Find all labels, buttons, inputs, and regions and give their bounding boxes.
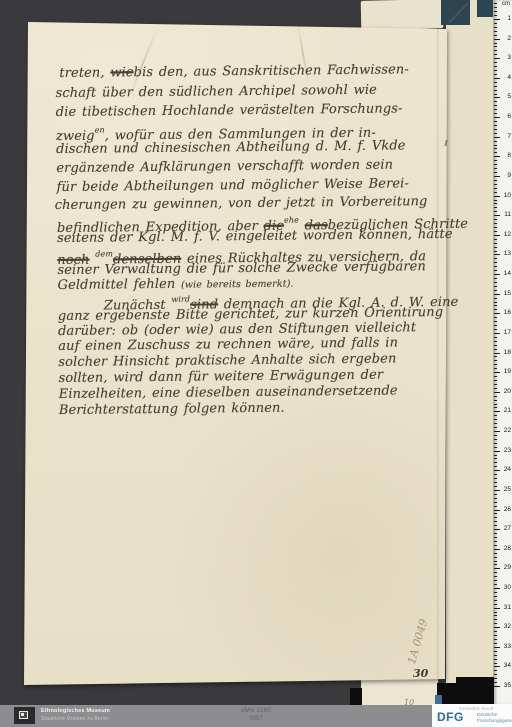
ruler-tick-minor xyxy=(494,462,497,463)
ruler-tick-minor xyxy=(494,639,497,640)
dfg-name-line2: Forschungsgemeinschaft xyxy=(477,719,512,725)
ruler-tick-minor xyxy=(494,553,497,554)
ruler-tick-minor xyxy=(494,129,497,130)
ruler-tick-minor xyxy=(494,506,497,507)
ruler-tick-cm xyxy=(494,117,500,118)
ruler-tick-minor xyxy=(494,82,497,83)
ruler-tick-minor xyxy=(494,101,497,102)
ruler-tick-minor xyxy=(494,615,497,616)
manuscript-line: die tibetischen Hochlande verästelten Fo… xyxy=(56,101,403,120)
manuscript-text: treten, wiebis den, aus Sanskritischen F… xyxy=(55,0,444,462)
ruler-tick-minor xyxy=(494,145,497,146)
ruler-tick-cm xyxy=(494,510,500,511)
ruler-tick-cm xyxy=(494,353,500,354)
ruler-tick-label: 4 xyxy=(507,75,511,81)
ruler-tick-minor xyxy=(494,35,497,36)
ruler-tick-cm xyxy=(494,588,500,589)
ruler-tick-minor xyxy=(494,27,497,28)
ruler-tick-label: 22 xyxy=(504,428,511,434)
struck-word: wie xyxy=(110,65,133,80)
ruler-tick-cm xyxy=(494,627,500,628)
ruler-tick-minor xyxy=(494,537,497,538)
dfg-logo: Gefördert durch DFG Deutsche Forschungsg… xyxy=(432,704,512,727)
inserted-word: ehe xyxy=(284,215,299,224)
ruler-tick-cm xyxy=(494,254,500,255)
ruler-tick-label: 11 xyxy=(504,212,511,218)
museum-logo-icon xyxy=(19,711,28,719)
ruler-tick-minor xyxy=(494,172,497,173)
ruler-tick-minor xyxy=(494,435,497,436)
ruler-tick-minor xyxy=(494,270,497,271)
ruler-tick-label: 15 xyxy=(504,291,511,297)
ruler-tick-minor xyxy=(494,262,497,263)
ruler-tick-minor xyxy=(494,203,497,204)
ruler-tick-minor xyxy=(494,415,497,416)
manuscript-segment: die tibetischen Hochlande verästelten Fo… xyxy=(56,101,403,120)
ruler-tick-minor xyxy=(494,580,497,581)
book-cover-fragment xyxy=(477,0,493,17)
ruler-tick-minor xyxy=(494,3,497,4)
dfg-acronym: DFG xyxy=(437,711,464,723)
ruler-tick-minor xyxy=(494,455,497,456)
ruler-tick-minor xyxy=(494,419,497,420)
ruler-tick-minor xyxy=(494,502,497,503)
ruler-tick-minor xyxy=(494,592,497,593)
manuscript-line: ergänzende Aufklärungen verschafft worde… xyxy=(56,157,393,176)
ruler-tick-minor xyxy=(494,113,497,114)
ruler-tick-minor xyxy=(494,141,497,142)
ruler-tick-cm xyxy=(494,431,500,432)
ruler-tick-minor xyxy=(494,125,497,126)
ruler-tick-minor xyxy=(494,458,497,459)
ruler-tick-minor xyxy=(494,404,497,405)
ruler-tick-minor xyxy=(494,70,497,71)
ruler-tick-minor xyxy=(494,302,497,303)
ruler-tick-minor xyxy=(494,321,497,322)
ruler-tick-minor xyxy=(494,604,497,605)
ruler-tick-minor xyxy=(494,572,497,573)
ruler-tick-minor xyxy=(494,376,497,377)
ruler-tick-minor xyxy=(494,223,497,224)
ruler-tick-label: 5 xyxy=(507,94,511,100)
ruler-tick-minor xyxy=(494,239,497,240)
ruler-tick-minor xyxy=(494,286,497,287)
ruler-tick-cm xyxy=(494,19,500,20)
ruler-tick-cm xyxy=(494,156,500,157)
ruler-unit-label: cm xyxy=(502,1,510,7)
ruler-tick-cm xyxy=(494,196,500,197)
ruler-tick-cm xyxy=(494,215,500,216)
ruler-tick-label: 26 xyxy=(504,507,511,513)
manuscript-segment: schaft über den südlichen Archipel sowoh… xyxy=(55,83,376,101)
ruler-tick-minor xyxy=(494,380,497,381)
manuscript-line: dischen und chinesischen Abtheilung d. M… xyxy=(56,138,406,157)
ruler-tick-minor xyxy=(494,278,497,279)
ruler-tick-minor xyxy=(494,678,497,679)
ruler-tick-minor xyxy=(494,564,497,565)
ruler-tick-minor xyxy=(494,533,497,534)
ruler-tick-minor xyxy=(494,219,497,220)
ruler-tick-cm xyxy=(494,549,500,550)
ruler-tick-label: 34 xyxy=(504,663,511,669)
ruler-tick-minor xyxy=(494,152,497,153)
ruler-tick-minor xyxy=(494,635,497,636)
blue-paper-speck xyxy=(435,695,442,704)
ruler-tick-cm xyxy=(494,392,500,393)
ruler-tick-minor xyxy=(494,541,497,542)
underlying-sheet-tab-bottom xyxy=(361,678,438,708)
ruler-tick-minor xyxy=(494,109,497,110)
manuscript-segment: (wie bereits bemerkt). xyxy=(181,279,294,291)
ruler-tick-cm xyxy=(494,568,500,569)
ruler-tick-label: 24 xyxy=(504,467,511,473)
manuscript-segment: cherungen zu gewinnen, von der jetzt in … xyxy=(55,194,428,213)
manuscript-segment: Einzelheiten, eine dieselben auseinander… xyxy=(59,383,398,402)
ruler-tick-label: 13 xyxy=(504,251,511,257)
ruler-tick-minor xyxy=(494,43,497,44)
ruler-tick-minor xyxy=(494,513,497,514)
dfg-funded-by-label: Gefördert durch xyxy=(459,706,494,711)
museum-logo xyxy=(14,707,35,724)
ruler-tick-minor xyxy=(494,15,497,16)
ruler-tick-minor xyxy=(494,160,497,161)
ruler-tick-minor xyxy=(494,427,497,428)
inserted-word: dem xyxy=(95,249,113,258)
ruler-tick-label: 23 xyxy=(504,448,511,454)
ruler-tick-minor xyxy=(494,23,497,24)
ruler-tick-minor xyxy=(494,545,497,546)
ruler-tick-label: 30 xyxy=(504,585,511,591)
ruler-tick-label: 21 xyxy=(504,408,511,414)
ruler-tick-label: 16 xyxy=(504,310,511,316)
ruler-tick-minor xyxy=(494,337,497,338)
museum-subtitle: Staatliche Museen zu Berlin xyxy=(41,716,108,722)
ruler-tick-label: 25 xyxy=(504,487,511,493)
ruler-tick-cm xyxy=(494,176,500,177)
ruler-tick-minor xyxy=(494,31,497,32)
ruler-tick-minor xyxy=(494,290,497,291)
manuscript-segment: für beide Abtheilungen und möglicher Wei… xyxy=(56,176,409,195)
ruler-tick-label: 6 xyxy=(507,114,511,120)
manuscript-segment: Geldmittel fehlen xyxy=(57,277,181,293)
ruler-tick-cm xyxy=(494,451,500,452)
ruler-tick-minor xyxy=(494,168,497,169)
ruler-tick-minor xyxy=(494,670,497,671)
ruler-tick-minor xyxy=(494,478,497,479)
ruler-tick-minor xyxy=(494,349,497,350)
ruler-tick-minor xyxy=(494,576,497,577)
scan-number: 0057 xyxy=(196,715,316,723)
ruler-tick-minor xyxy=(494,674,497,675)
ruler-tick-cm xyxy=(494,411,500,412)
ruler-tick-minor xyxy=(494,498,497,499)
ruler-tick-minor xyxy=(494,356,497,357)
ruler-tick-minor xyxy=(494,631,497,632)
ruler-tick-cm xyxy=(494,274,500,275)
ruler-tick-minor xyxy=(494,207,497,208)
ruler-tick-label: 1 xyxy=(507,16,511,22)
manuscript-segment: Berichterstattung folgen können. xyxy=(59,401,285,418)
ruler-tick-minor xyxy=(494,396,497,397)
ruler-tick-cm xyxy=(494,97,500,98)
ruler-tick-cm xyxy=(494,235,500,236)
ruler-tick-minor xyxy=(494,309,497,310)
ruler-tick-minor xyxy=(494,66,497,67)
ruler-tick-cm xyxy=(494,294,500,295)
ruler-tick-cm xyxy=(494,470,500,471)
ruler-tick-minor xyxy=(494,486,497,487)
ruler-tick-minor xyxy=(494,655,497,656)
shadow-gap xyxy=(437,683,494,706)
ruler-tick-minor xyxy=(494,659,497,660)
ruler-tick-minor xyxy=(494,74,497,75)
ruler-tick-minor xyxy=(494,663,497,664)
ruler-tick-label: 10 xyxy=(504,193,511,199)
scan-viewport: treten, wiebis den, aus Sanskritischen F… xyxy=(0,0,512,727)
ruler-tick-cm xyxy=(494,529,500,530)
ruler-tick-minor xyxy=(494,517,497,518)
manuscript-line: treten, wiebis den, aus Sanskritischen F… xyxy=(59,62,409,81)
ruler-tick-label: 14 xyxy=(504,271,511,277)
ruler-tick-cm xyxy=(494,686,500,687)
ruler-tick-cm xyxy=(494,608,500,609)
manuscript-segment: ergänzende Aufklärungen verschafft worde… xyxy=(56,157,393,176)
ruler-tick-minor xyxy=(494,211,497,212)
dfg-full-name: Deutsche Forschungsgemeinschaft xyxy=(477,713,512,724)
ruler-tick-cm xyxy=(494,647,500,648)
ruler-tick-minor xyxy=(494,105,497,106)
ruler-tick-minor xyxy=(494,266,497,267)
ruler-tick-cm xyxy=(494,333,500,334)
ruler-tick-minor xyxy=(494,619,497,620)
ruler-tick-label: 33 xyxy=(504,644,511,650)
ruler-tick-label: 17 xyxy=(504,330,511,336)
ruler-tick-minor xyxy=(494,54,497,55)
ruler-tick-minor xyxy=(494,557,497,558)
ruler-tick-label: 18 xyxy=(504,350,511,356)
ruler-tick-minor xyxy=(494,50,497,51)
ruler-tick-minor xyxy=(494,345,497,346)
archive-signature: I/MV 1260 xyxy=(196,707,316,715)
ruler-tick-minor xyxy=(494,521,497,522)
ruler-tick-label: 12 xyxy=(504,232,511,238)
handwritten-page-number: 30 xyxy=(413,667,428,680)
archive-reference: I/MV 1260 0057 xyxy=(196,707,316,723)
ruler-tick-label: 29 xyxy=(504,565,511,571)
ruler-tick-minor xyxy=(494,7,497,8)
ruler-tick-cm xyxy=(494,39,500,40)
ruler-tick-label: 9 xyxy=(507,173,511,179)
ruler-tick-minor xyxy=(494,133,497,134)
ruler-tick-minor xyxy=(494,384,497,385)
ruler-tick-minor xyxy=(494,400,497,401)
ruler-tick-minor xyxy=(494,121,497,122)
measuring-ruler: cm 1234567891011121314151617181920212223… xyxy=(494,0,512,705)
ruler-tick-label: 27 xyxy=(504,526,511,532)
manuscript-segment: treten, xyxy=(59,65,110,81)
ruler-tick-minor xyxy=(494,368,497,369)
ruler-tick-cm xyxy=(494,666,500,667)
ruler-tick-minor xyxy=(494,227,497,228)
ruler-tick-minor xyxy=(494,231,497,232)
ruler-tick-minor xyxy=(494,388,497,389)
ruler-tick-label: 3 xyxy=(507,55,511,61)
manuscript-line: cherungen zu gewinnen, von der jetzt in … xyxy=(55,194,428,213)
ruler-tick-minor xyxy=(494,443,497,444)
ruler-tick-minor xyxy=(494,584,497,585)
ruler-tick-minor xyxy=(494,251,497,252)
ruler-tick-minor xyxy=(494,439,497,440)
ruler-tick-minor xyxy=(494,282,497,283)
ruler-tick-minor xyxy=(494,94,497,95)
ruler-tick-label: 32 xyxy=(504,624,511,630)
manuscript-line: für beide Abtheilungen und möglicher Wei… xyxy=(56,176,409,195)
manuscript-line: schaft über den südlichen Archipel sowoh… xyxy=(55,83,376,101)
ruler-tick-minor xyxy=(494,466,497,467)
ruler-tick-label: 20 xyxy=(504,389,511,395)
inserted-word: wird xyxy=(171,295,190,304)
ruler-tick-minor xyxy=(494,243,497,244)
ruler-tick-minor xyxy=(494,180,497,181)
manuscript-line: Einzelheiten, eine dieselben auseinander… xyxy=(59,383,398,402)
ruler-tick-minor xyxy=(494,305,497,306)
manuscript-segment: dischen und chinesischen Abtheilung d. M… xyxy=(56,138,406,157)
ruler-tick-minor xyxy=(494,494,497,495)
ruler-tick-minor xyxy=(494,447,497,448)
ruler-tick-minor xyxy=(494,62,497,63)
ruler-tick-label: 7 xyxy=(507,134,511,140)
ruler-tick-label: 2 xyxy=(507,36,511,42)
ruler-tick-minor xyxy=(494,600,497,601)
ruler-tick-minor xyxy=(494,423,497,424)
ruler-tick-minor xyxy=(494,612,497,613)
ruler-tick-minor xyxy=(494,596,497,597)
ruler-tick-minor xyxy=(494,188,497,189)
ruler-tick-cm xyxy=(494,490,500,491)
ruler-tick-cm xyxy=(494,78,500,79)
ruler-tick-label: 31 xyxy=(504,605,511,611)
ruler-tick-label: 8 xyxy=(507,153,511,159)
ruler-tick-minor xyxy=(494,561,497,562)
ruler-tick-minor xyxy=(494,298,497,299)
ruler-tick-minor xyxy=(494,474,497,475)
ruler-tick-minor xyxy=(494,325,497,326)
shadow-gap xyxy=(350,688,362,706)
ruler-tick-minor xyxy=(494,482,497,483)
ruler-tick-minor xyxy=(494,148,497,149)
ruler-tick-minor xyxy=(494,623,497,624)
museum-name: Ethnologisches Museum xyxy=(41,708,110,714)
ruler-tick-minor xyxy=(494,525,497,526)
ruler-tick-label: 35 xyxy=(504,683,511,689)
ruler-tick-minor xyxy=(494,364,497,365)
ruler-tick-minor xyxy=(494,192,497,193)
ruler-tick-cm xyxy=(494,58,500,59)
ruler-tick-minor xyxy=(494,247,497,248)
ruler-tick-minor xyxy=(494,11,497,12)
ruler-tick-minor xyxy=(494,317,497,318)
ruler-tick-cm xyxy=(494,372,500,373)
ruler-tick-minor xyxy=(494,341,497,342)
ruler-tick-minor xyxy=(494,682,497,683)
inserted-word: en xyxy=(95,126,105,135)
ruler-tick-minor xyxy=(494,258,497,259)
ruler-tick-label: 28 xyxy=(504,546,511,552)
ruler-tick-minor xyxy=(494,407,497,408)
ruler-tick-minor xyxy=(494,643,497,644)
ruler-tick-minor xyxy=(494,200,497,201)
manuscript-line: Berichterstattung folgen können. xyxy=(59,401,285,418)
ruler-tick-minor xyxy=(494,360,497,361)
ruler-tick-minor xyxy=(494,46,497,47)
ruler-tick-minor xyxy=(494,329,497,330)
ruler-tick-minor xyxy=(494,164,497,165)
underlying-sheet-right xyxy=(446,0,494,684)
ruler-tick-minor xyxy=(494,90,497,91)
ruler-tick-cm xyxy=(494,137,500,138)
ruler-tick-minor xyxy=(494,86,497,87)
ruler-tick-minor xyxy=(494,651,497,652)
manuscript-segment: bis den, aus Sanskritischen Fachwissen- xyxy=(134,62,409,80)
ruler-tick-cm xyxy=(494,313,500,314)
ruler-tick-minor xyxy=(494,184,497,185)
ruler-tick-label: 19 xyxy=(504,369,511,375)
